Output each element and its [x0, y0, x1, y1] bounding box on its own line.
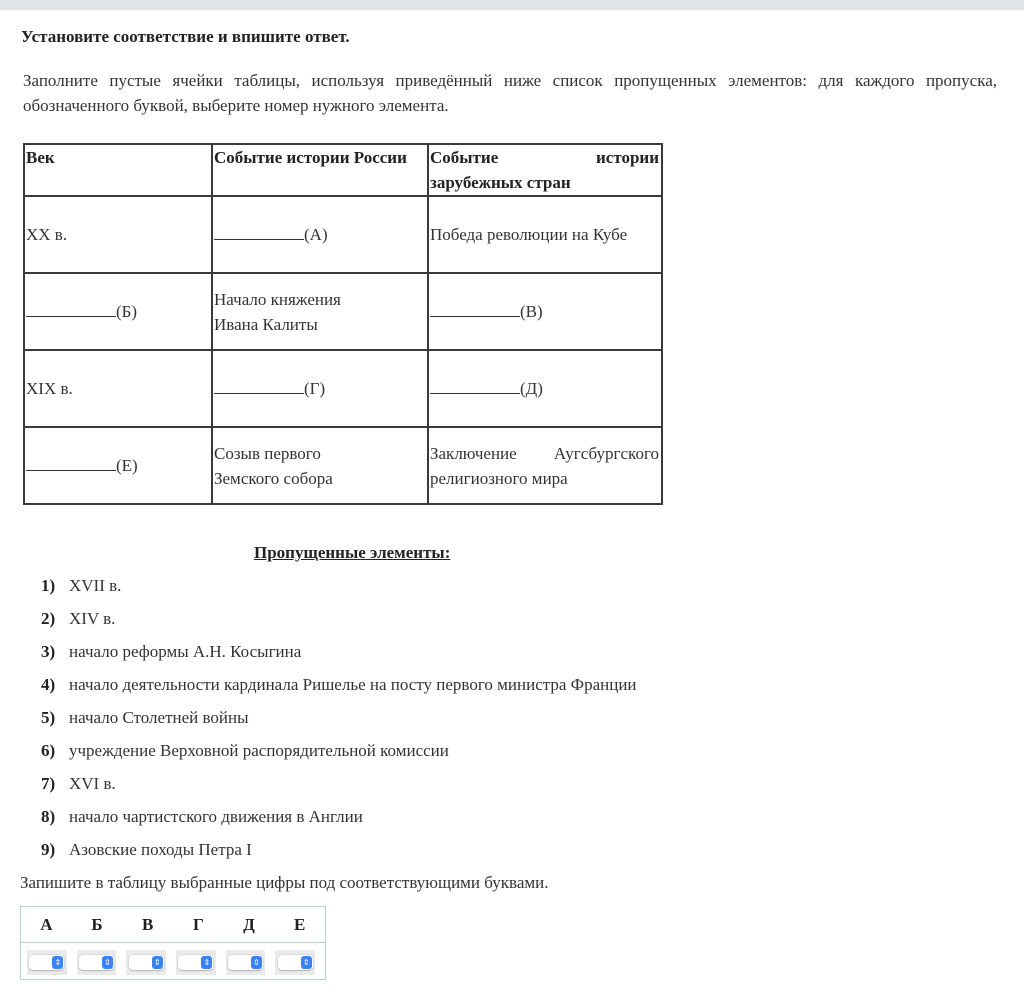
header-foreign-event: Событиеистории зарубежных стран — [428, 144, 662, 196]
task-intro: Заполните пустые ячейки таблицы, использ… — [23, 68, 997, 118]
answer-letter: Б — [72, 907, 123, 942]
answer-select-b[interactable]: ⇕ — [79, 955, 114, 970]
table-row: (Б) Начало княженияИвана Калиты (В) — [24, 273, 662, 350]
answer-select-d[interactable]: ⇕ — [228, 955, 263, 970]
answer-table: А Б В Г Д Е ⇕ ⇕ ⇕ ⇕ ⇕ ⇕ — [20, 906, 326, 980]
answer-instruction: Запишите в таблицу выбранные цифры под с… — [20, 873, 549, 893]
table-row: (Е) Созыв первогоЗемского собора Заключе… — [24, 427, 662, 504]
list-item: 7)XVI в. — [41, 773, 637, 806]
table-row: XIX в. (Г) (Д) — [24, 350, 662, 427]
answer-letters-row: А Б В Г Д Е — [21, 907, 325, 943]
cell-foreign-event: Победа революции на Кубе — [428, 196, 662, 273]
history-table: Век Событие истории России Событиеистори… — [23, 143, 663, 505]
list-item: 3)начало реформы А.Н. Косыгина — [41, 641, 637, 674]
answer-letter: Г — [173, 907, 224, 942]
list-item: 8)начало чартистского движения в Англии — [41, 806, 637, 839]
cell-century: XX в. — [24, 196, 212, 273]
answer-letter: А — [21, 907, 72, 942]
missing-elements-title: Пропущенные элементы: — [254, 543, 450, 563]
table-header-row: Век Событие истории России Событиеистори… — [24, 144, 662, 196]
answer-selects-row: ⇕ ⇕ ⇕ ⇕ ⇕ ⇕ — [21, 943, 325, 981]
chevron-updown-icon: ⇕ — [201, 956, 212, 969]
answer-select-a[interactable]: ⇕ — [29, 955, 64, 970]
answer-select-g[interactable]: ⇕ — [178, 955, 213, 970]
cell-blank-e: (Е) — [24, 427, 212, 504]
task-instruction: Установите соответствие и впишите ответ. — [21, 27, 350, 47]
cell-blank-b: (Б) — [24, 273, 212, 350]
list-item: 6)учреждение Верховной распорядительной … — [41, 740, 637, 773]
cell-russia-event: Начало княженияИвана Калиты — [212, 273, 428, 350]
top-bar — [0, 0, 1024, 10]
answer-letter: Е — [274, 907, 325, 942]
chevron-updown-icon: ⇕ — [102, 956, 113, 969]
cell-foreign-event: ЗаключениеАугсбургского религиозного мир… — [428, 427, 662, 504]
cell-blank-v: (В) — [428, 273, 662, 350]
chevron-updown-icon: ⇕ — [52, 956, 63, 969]
header-century: Век — [24, 144, 212, 196]
table-row: XX в. (А) Победа революции на Кубе — [24, 196, 662, 273]
cell-blank-g: (Г) — [212, 350, 428, 427]
answer-letter: В — [122, 907, 173, 942]
cell-blank-a: (А) — [212, 196, 428, 273]
list-item: 5)начало Столетней войны — [41, 707, 637, 740]
header-russia-event: Событие истории России — [212, 144, 428, 196]
chevron-updown-icon: ⇕ — [301, 956, 312, 969]
chevron-updown-icon: ⇕ — [251, 956, 262, 969]
chevron-updown-icon: ⇕ — [152, 956, 163, 969]
answer-select-v[interactable]: ⇕ — [129, 955, 164, 970]
list-item: 4)начало деятельности кардинала Ришелье … — [41, 674, 637, 707]
list-item: 2)XIV в. — [41, 608, 637, 641]
cell-russia-event: Созыв первогоЗемского собора — [212, 427, 428, 504]
cell-century: XIX в. — [24, 350, 212, 427]
cell-blank-d: (Д) — [428, 350, 662, 427]
answer-select-e[interactable]: ⇕ — [278, 955, 313, 970]
list-item: 9)Азовские походы Петра I — [41, 839, 637, 872]
list-item: 1)XVII в. — [41, 575, 637, 608]
missing-elements-list: 1)XVII в. 2)XIV в. 3)начало реформы А.Н.… — [41, 575, 637, 872]
answer-letter: Д — [224, 907, 275, 942]
